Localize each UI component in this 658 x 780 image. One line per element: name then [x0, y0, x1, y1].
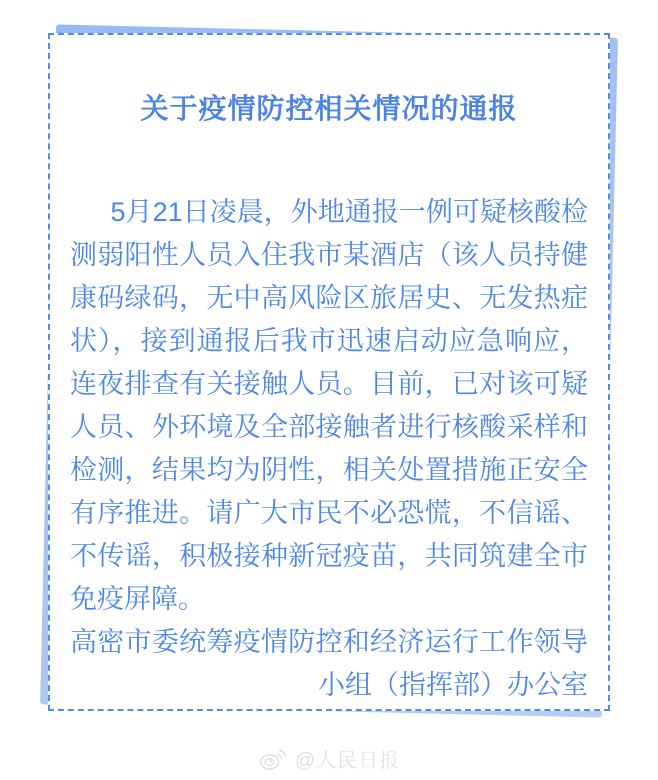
notice-signature: 高密市委统筹疫情防控和经济运行工作领导小组（指挥部）办公室	[70, 621, 588, 707]
notice-card-wrapper: 关于疫情防控相关情况的通报 5月21日凌晨，外地通报一例可疑核酸检测弱阳性人员入…	[48, 33, 610, 711]
notice-title: 关于疫情防控相关情况的通报	[70, 63, 588, 127]
watermark: @人民日报	[0, 744, 658, 773]
notice-body: 5月21日凌晨，外地通报一例可疑核酸检测弱阳性人员入住我市某酒店（该人员持健康码…	[70, 191, 588, 621]
notice-card: 关于疫情防控相关情况的通报 5月21日凌晨，外地通报一例可疑核酸检测弱阳性人员入…	[48, 33, 610, 711]
watermark-text: @人民日报	[295, 744, 400, 773]
notice-page: 关于疫情防控相关情况的通报 5月21日凌晨，外地通报一例可疑核酸检测弱阳性人员入…	[0, 0, 658, 780]
weibo-icon	[258, 747, 288, 771]
